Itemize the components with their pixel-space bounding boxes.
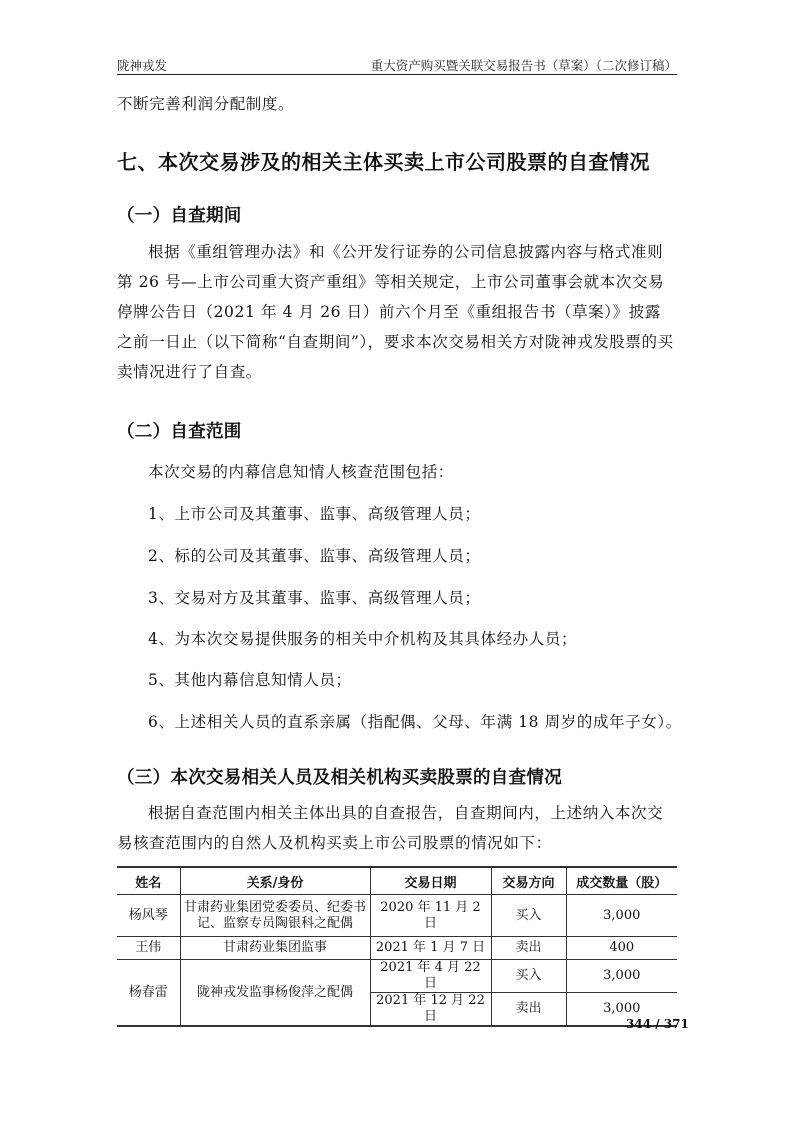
- scope-item: 3、交易对方及其董事、监事、高级管理人员；: [148, 586, 480, 608]
- cell-date: 2021 年 1 月 7 日: [370, 937, 491, 960]
- header-quantity: 成交数量（股）: [566, 867, 677, 895]
- page-header: 陇神戎发 重大资产购买暨关联交易报告书（草案）（二次修订稿）: [117, 56, 677, 75]
- cell-quantity: 3,000: [566, 960, 677, 993]
- scope-item: 5、其他内幕信息知情人员；: [148, 668, 352, 690]
- cell-direction: 买入: [491, 895, 566, 937]
- cell-name: 杨春雷: [117, 960, 180, 1027]
- header-direction: 交易方向: [491, 867, 566, 895]
- cell-quantity: 3,000: [566, 895, 677, 937]
- header-relation: 关系/身份: [180, 867, 370, 895]
- scope-lead: 本次交易的内幕信息知情人核查范围包括：: [148, 460, 454, 482]
- scope-item: 1、上市公司及其董事、监事、高级管理人员；: [148, 502, 480, 524]
- cell-quantity: 400: [566, 937, 677, 960]
- cell-direction: 卖出: [491, 937, 566, 960]
- table-row: 杨春雷 陇神戎发监事杨俊萍之配偶 2021 年 4 月 22 日 买入 3,00…: [117, 960, 677, 993]
- cell-name: 杨风琴: [117, 895, 180, 937]
- cell-date: 2020 年 11 月 2 日: [370, 895, 491, 937]
- cell-relation: 甘肃药业集团监事: [180, 937, 370, 960]
- table-row: 王伟 甘肃药业集团监事 2021 年 1 月 7 日 卖出 400: [117, 937, 677, 960]
- subsection-3-paragraph: 根据自查范围内相关主体出具的自查报告，自查期间内，上述纳入本次交易核查范围内的自…: [117, 798, 677, 858]
- table-header-row: 姓名 关系/身份 交易日期 交易方向 成交数量（股）: [117, 867, 677, 895]
- cell-relation: 陇神戎发监事杨俊萍之配偶: [180, 960, 370, 1027]
- section-title: 七、本次交易涉及的相关主体买卖上市公司股票的自查情况: [117, 146, 650, 175]
- cell-direction: 卖出: [491, 993, 566, 1027]
- cell-relation: 甘肃药业集团党委委员、纪委书记、监察专员陶银科之配偶: [180, 895, 370, 937]
- header-date: 交易日期: [370, 867, 491, 895]
- cell-name: 王伟: [117, 937, 180, 960]
- scope-item: 2、标的公司及其董事、监事、高级管理人员；: [148, 544, 480, 566]
- cell-date: 2021 年 4 月 22 日: [370, 960, 491, 993]
- scope-item: 4、为本次交易提供服务的相关中介机构及其具体经办人员；: [148, 627, 577, 649]
- subsection-2-title: （二）自查范围: [117, 418, 242, 443]
- header-company: 陇神戎发: [117, 56, 167, 74]
- trades-table: 姓名 关系/身份 交易日期 交易方向 成交数量（股） 杨风琴 甘肃药业集团党委委…: [117, 866, 677, 1027]
- cell-date: 2021 年 12 月 22 日: [370, 993, 491, 1027]
- subsection-3-title: （三）本次交易相关人员及相关机构买卖股票的自查情况: [117, 764, 562, 789]
- intro-line: 不断完善利润分配制度。: [117, 89, 677, 119]
- table-row: 杨风琴 甘肃药业集团党委委员、纪委书记、监察专员陶银科之配偶 2020 年 11…: [117, 895, 677, 937]
- page-number: 344 / 371: [626, 1017, 689, 1031]
- subsection-1-paragraph: 根据《重组管理办法》和《公开发行证券的公司信息披露内容与格式准则第 26 号—上…: [117, 237, 677, 387]
- header-doc-title: 重大资产购买暨关联交易报告书（草案）（二次修订稿）: [371, 56, 677, 74]
- header-name: 姓名: [117, 867, 180, 895]
- subsection-1-title: （一）自查期间: [117, 202, 242, 227]
- cell-direction: 买入: [491, 960, 566, 993]
- scope-item: 6、上述相关人员的直系亲属（指配偶、父母、年满 18 周岁的成年子女）。: [148, 710, 682, 732]
